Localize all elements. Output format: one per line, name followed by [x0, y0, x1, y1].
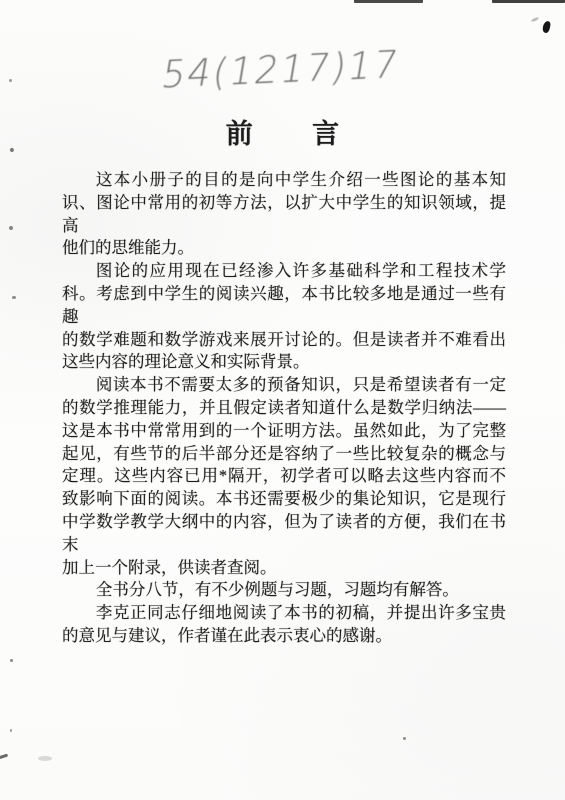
preface-line: 的数学推理能力，并且假定读者知道什么是数学归纳法——: [62, 397, 506, 420]
preface-line: 李克正同志仔细地阅读了本书的初稿，并提出许多宝贵: [62, 602, 506, 625]
preface-line: 这是本书中常常用到的一个证明方法。虽然如此，为了完整: [62, 420, 506, 443]
preface-line: 这些内容的理论意义和实际背景。: [62, 351, 506, 374]
preface-line: 图论的应用现在已经渗入许多基础科学和工程技术学: [62, 260, 506, 283]
preface-line: 加上一个附录，供读者查阅。: [62, 557, 506, 580]
scan-artifact-speck: [10, 659, 13, 662]
scan-artifact-ink-blob: [542, 20, 551, 33]
scan-edge-bar-right: [492, 0, 565, 3]
preface-line: 中学数学教学大纲中的内容，但为了读者的方便，我们在书末: [62, 511, 506, 557]
preface-line: 他们的思维能力。: [62, 237, 506, 260]
preface-line: 科。考虑到中学生的阅读兴趣，本书比较多地是通过一些有趣: [62, 283, 506, 329]
scan-artifact-speck: [9, 79, 12, 82]
handwritten-library-number: 54(1217)17: [158, 43, 402, 97]
preface-line: 阅读本书不需要太多的预备知识，只是希望读者有一定: [62, 374, 506, 397]
preface-line: 定理。这些内容已用*隔开，初学者可以略去这些内容而不: [62, 465, 506, 488]
preface-body: 这本小册子的目的是向中学生介绍一些图论的基本知 识、图论中常用的初等方法，以扩大…: [62, 169, 506, 648]
preface-line: 起见，有些节的后半部分还是容纳了一些比较复杂的概念与: [62, 443, 506, 466]
preface-line: 这本小册子的目的是向中学生介绍一些图论的基本知: [62, 169, 506, 192]
scan-artifact-speck: [10, 729, 12, 732]
scan-artifact-speck: [403, 737, 406, 740]
scan-edge-bar-left: [354, 0, 423, 3]
preface-line: 致影响下面的阅读。本书还需要极少的集论知识，它是现行: [62, 488, 506, 511]
preface-title: 前言: [0, 112, 565, 151]
scan-artifact-wisp: [531, 16, 540, 22]
preface-line: 的数学难题和数学游戏来展开讨论的。但是读者并不难看出: [62, 329, 506, 352]
scan-artifact-smudge: [38, 756, 52, 761]
scan-artifact-speck: [9, 226, 13, 230]
scanned-book-page: 54(1217)17 前言 这本小册子的目的是向中学生介绍一些图论的基本知 识、…: [0, 0, 565, 800]
scan-artifact-speck: [12, 296, 16, 299]
scan-artifact-speck: [0, 754, 8, 760]
preface-line: 的意见与建议，作者谨在此表示衷心的感谢。: [62, 625, 506, 648]
preface-line: 识、图论中常用的初等方法，以扩大中学生的知识领域，提高: [62, 192, 506, 238]
preface-line: 全书分八节，有不少例题与习题，习题均有解答。: [62, 579, 506, 602]
preface-title-text: 前言: [226, 119, 399, 149]
